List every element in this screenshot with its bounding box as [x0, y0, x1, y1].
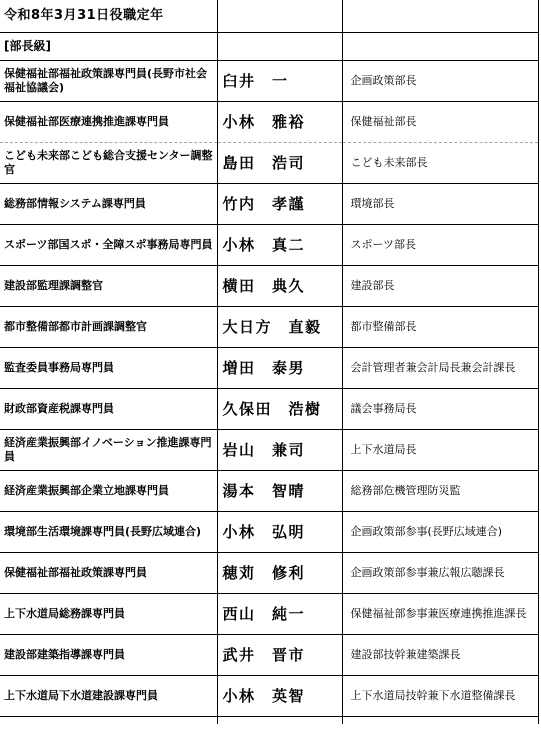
- position-cell: 経済産業振興部イノベーション推進課専門員: [0, 429, 217, 470]
- title-cell: 令和8年3月31日役職定年: [0, 0, 217, 32]
- name-cell: 臼井 一: [217, 60, 342, 101]
- new-position-cell: 総務部危機管理防災監: [342, 470, 538, 511]
- new-position-cell: 会計管理者兼会計局長兼会計課長: [342, 347, 538, 388]
- new-position-cell: こども未来部長: [342, 142, 538, 183]
- name-cell: 西山 純一: [217, 593, 342, 634]
- new-position-cell: 議会事務局長: [342, 388, 538, 429]
- name-cell: 武井 晋市: [217, 634, 342, 675]
- partial-row: [0, 716, 538, 724]
- new-position-cell: 保健福祉部長: [342, 101, 538, 142]
- empty-cell: [0, 716, 217, 724]
- retirement-table: 令和8年3月31日役職定年 [部長級] 保健福祉部福祉政策課専門員(長野市社会福…: [0, 0, 539, 724]
- table-row-section: [部長級]: [0, 32, 538, 60]
- position-cell: 保健福祉部福祉政策課専門員: [0, 552, 217, 593]
- table-row: 監査委員事務局専門員 増田 泰男 会計管理者兼会計局長兼会計課長: [0, 347, 538, 388]
- table-row: スポーツ部国スポ・全障スポ事務局専門員 小林 真二 スポーツ部長: [0, 224, 538, 265]
- table-row: 財政部資産税課専門員 久保田 浩樹 議会事務局長: [0, 388, 538, 429]
- empty-cell: [217, 0, 342, 32]
- new-position-cell: 企画政策部参事(長野広域連合): [342, 511, 538, 552]
- position-cell: 建設部監理課調整官: [0, 265, 217, 306]
- empty-cell: [217, 716, 342, 724]
- name-cell: 横田 典久: [217, 265, 342, 306]
- table-row: 建設部建築指導課専門員 武井 晋市 建設部技幹兼建築課長: [0, 634, 538, 675]
- new-position-cell: 上下水道局長: [342, 429, 538, 470]
- position-cell: 監査委員事務局専門員: [0, 347, 217, 388]
- name-cell: 増田 泰男: [217, 347, 342, 388]
- position-cell: 環境部生活環境課専門員(長野広域連合): [0, 511, 217, 552]
- name-cell: 小林 真二: [217, 224, 342, 265]
- position-cell: スポーツ部国スポ・全障スポ事務局専門員: [0, 224, 217, 265]
- table-row: 保健福祉部医療連携推進課専門員 小林 雅裕 保健福祉部長: [0, 101, 538, 142]
- position-cell: 建設部建築指導課専門員: [0, 634, 217, 675]
- name-cell: 小林 弘明: [217, 511, 342, 552]
- name-cell: 小林 雅裕: [217, 101, 342, 142]
- new-position-cell: 建設部技幹兼建築課長: [342, 634, 538, 675]
- empty-cell: [217, 32, 342, 60]
- name-cell: 岩山 兼司: [217, 429, 342, 470]
- position-cell: 上下水道局下水道建設課専門員: [0, 675, 217, 716]
- position-cell: 財政部資産税課専門員: [0, 388, 217, 429]
- new-position-cell: 建設部長: [342, 265, 538, 306]
- table-row: 経済産業振興部企業立地課専門員 湯本 智晴 総務部危機管理防災監: [0, 470, 538, 511]
- position-cell: 都市整備部都市計画課調整官: [0, 306, 217, 347]
- position-cell: 保健福祉部福祉政策課専門員(長野市社会福祉協議会): [0, 60, 217, 101]
- new-position-cell: 環境部長: [342, 183, 538, 224]
- empty-cell: [342, 0, 538, 32]
- table-row: 上下水道局下水道建設課専門員 小林 英智 上下水道局技幹兼下水道整備課長: [0, 675, 538, 716]
- name-cell: 大日方 直毅: [217, 306, 342, 347]
- position-cell: こども未来部こども総合支援センター調整官: [0, 142, 217, 183]
- empty-cell: [342, 716, 538, 724]
- table-row: 上下水道局総務課専門員 西山 純一 保健福祉部参事兼医療連携推進課長: [0, 593, 538, 634]
- table-row: 建設部監理課調整官 横田 典久 建設部長: [0, 265, 538, 306]
- table-row: 環境部生活環境課専門員(長野広域連合) 小林 弘明 企画政策部参事(長野広域連合…: [0, 511, 538, 552]
- table-body: 令和8年3月31日役職定年 [部長級] 保健福祉部福祉政策課専門員(長野市社会福…: [0, 0, 538, 724]
- name-cell: 穂苅 修利: [217, 552, 342, 593]
- name-cell: 竹内 孝謹: [217, 183, 342, 224]
- new-position-cell: スポーツ部長: [342, 224, 538, 265]
- section-label-cell: [部長級]: [0, 32, 217, 60]
- empty-cell: [342, 32, 538, 60]
- new-position-cell: 都市整備部長: [342, 306, 538, 347]
- position-cell: 経済産業振興部企業立地課専門員: [0, 470, 217, 511]
- new-position-cell: 企画政策部参事兼広報広聴課長: [342, 552, 538, 593]
- name-cell: 湯本 智晴: [217, 470, 342, 511]
- table-row: 保健福祉部福祉政策課専門員 穂苅 修利 企画政策部参事兼広報広聴課長: [0, 552, 538, 593]
- name-cell: 小林 英智: [217, 675, 342, 716]
- position-cell: 総務部情報システム課専門員: [0, 183, 217, 224]
- position-cell: 保健福祉部医療連携推進課専門員: [0, 101, 217, 142]
- new-position-cell: 企画政策部長: [342, 60, 538, 101]
- table-row: 総務部情報システム課専門員 竹内 孝謹 環境部長: [0, 183, 538, 224]
- table-row: こども未来部こども総合支援センター調整官 島田 浩司 こども未来部長: [0, 142, 538, 183]
- new-position-cell: 保健福祉部参事兼医療連携推進課長: [342, 593, 538, 634]
- table-row: 経済産業振興部イノベーション推進課専門員 岩山 兼司 上下水道局長: [0, 429, 538, 470]
- name-cell: 久保田 浩樹: [217, 388, 342, 429]
- name-cell: 島田 浩司: [217, 142, 342, 183]
- position-cell: 上下水道局総務課専門員: [0, 593, 217, 634]
- document-sheet: 令和8年3月31日役職定年 [部長級] 保健福祉部福祉政策課専門員(長野市社会福…: [0, 0, 541, 744]
- table-row: 都市整備部都市計画課調整官 大日方 直毅 都市整備部長: [0, 306, 538, 347]
- table-row-title: 令和8年3月31日役職定年: [0, 0, 538, 32]
- table-row: 保健福祉部福祉政策課専門員(長野市社会福祉協議会) 臼井 一 企画政策部長: [0, 60, 538, 101]
- new-position-cell: 上下水道局技幹兼下水道整備課長: [342, 675, 538, 716]
